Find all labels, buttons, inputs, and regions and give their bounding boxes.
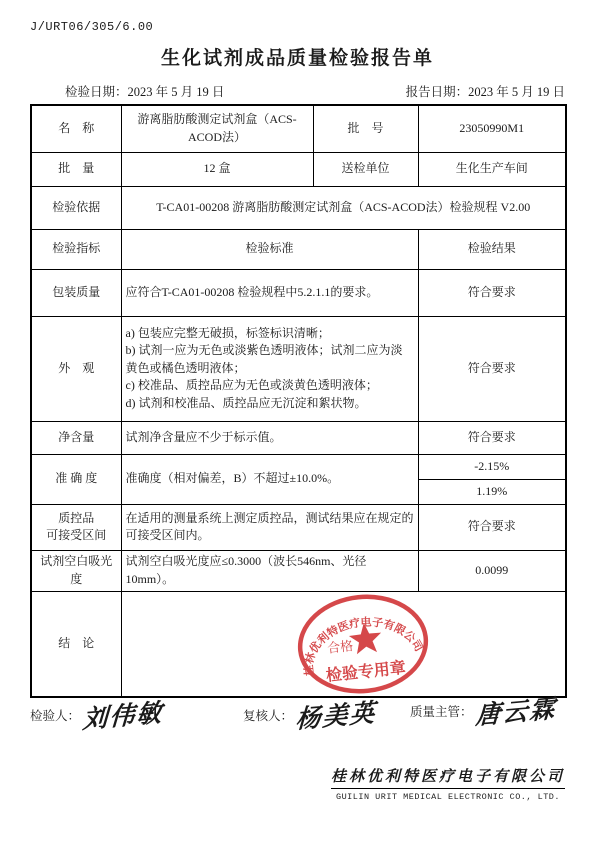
- basis-value: T-CA01-00208 游离脂肪酸测定试剂盒（ACS-ACOD法）检验规程 V…: [121, 186, 566, 229]
- page-title: 生化试剂成品质量检验报告单: [0, 43, 595, 70]
- approval-stamp-icon: 桂林优利特医疗电子有限公司 合格 检验专用章: [285, 591, 441, 697]
- submitting-unit-value: 生化生产车间: [418, 152, 566, 186]
- net-content-indicator: 净含量: [31, 421, 121, 454]
- reviewer-signature: 复核人：杨美英: [243, 706, 376, 733]
- company-footer: 桂林优利特医疗电子有限公司 GUILIN URIT MEDICAL ELECTR…: [331, 765, 565, 802]
- col-header-result: 检验结果: [418, 229, 566, 269]
- net-content-standard: 试剂净含量应不少于标示值。: [121, 421, 418, 454]
- document-code: J/URT06/305/6.00: [30, 20, 153, 34]
- inspector-signature: 检验人：刘伟敏: [30, 706, 163, 733]
- blank-absorbance-indicator: 试剂空白吸光度: [31, 550, 121, 591]
- inspection-date-label: 检验日期：: [65, 85, 128, 99]
- manager-signature-name: 唐云霖: [475, 697, 557, 729]
- blank-absorbance-standard: 试剂空白吸光度应≤0.3000（波长546nm、光径10mm）。: [121, 550, 418, 591]
- lot-value: 23050990M1: [418, 105, 566, 152]
- accuracy-result-2: 1.19%: [418, 479, 566, 504]
- signature-row: 检验人：刘伟敏 复核人：杨美英 质量主管：唐云霖: [0, 702, 595, 757]
- accuracy-indicator: 准 确 度: [31, 454, 121, 504]
- packaging-result: 符合要求: [418, 269, 566, 316]
- batch-value: 12 盒: [121, 152, 313, 186]
- packaging-indicator: 包装质量: [31, 269, 121, 316]
- table-row: 名 称 游离脂肪酸测定试剂盒（ACS-ACOD法） 批 号 23050990M1: [31, 105, 566, 152]
- basis-label: 检验依据: [31, 186, 121, 229]
- name-label: 名 称: [31, 105, 121, 152]
- qc-range-standard: 在适用的测量系统上测定质控品，测试结果应在规定的可接受区间内。: [121, 504, 418, 550]
- table-row: 检验依据 T-CA01-00208 游离脂肪酸测定试剂盒（ACS-ACOD法）检…: [31, 186, 566, 229]
- conclusion-row: 结 论 桂林优利特医疗电子有限公司 合格 检验专用章: [31, 591, 566, 697]
- table-row: 批 量 12 盒 送检单位 生化生产车间: [31, 152, 566, 186]
- date-line: 检验日期：2023 年 5 月 19 日 报告日期：2023 年 5 月 19 …: [65, 82, 565, 100]
- accuracy-standard: 准确度（相对偏差，B）不超过±10.0%。: [121, 454, 418, 504]
- manager-label: 质量主管：: [410, 705, 473, 719]
- table-row: 准 确 度 准确度（相对偏差，B）不超过±10.0%。 -2.15%: [31, 454, 566, 479]
- report-date: 报告日期：2023 年 5 月 19 日: [406, 82, 565, 100]
- submitting-unit-label: 送检单位: [313, 152, 418, 186]
- appearance-result: 符合要求: [418, 316, 566, 421]
- report-date-value: 2023 年 5 月 19 日: [468, 85, 565, 99]
- inspector-label: 检验人：: [30, 709, 80, 723]
- manager-signature: 质量主管：唐云霖: [410, 702, 556, 729]
- col-header-standard: 检验标准: [121, 229, 418, 269]
- qc-range-result: 符合要求: [418, 504, 566, 550]
- inspection-date: 检验日期：2023 年 5 月 19 日: [65, 82, 224, 100]
- name-value: 游离脂肪酸测定试剂盒（ACS-ACOD法）: [121, 105, 313, 152]
- inspection-date-value: 2023 年 5 月 19 日: [128, 85, 225, 99]
- conclusion-label: 结 论: [31, 591, 121, 697]
- inspector-signature-name: 刘伟敏: [82, 701, 164, 733]
- reviewer-label: 复核人：: [243, 709, 293, 723]
- batch-label: 批 量: [31, 152, 121, 186]
- table-row: 质控品 可接受区间 在适用的测量系统上测定质控品，测试结果应在规定的可接受区间内…: [31, 504, 566, 550]
- inspection-table: 名 称 游离脂肪酸测定试剂盒（ACS-ACOD法） 批 号 23050990M1…: [30, 104, 567, 698]
- net-content-result: 符合要求: [418, 421, 566, 454]
- stamp-seal-text: 检验专用章: [325, 657, 407, 684]
- table-row: 外 观 a) 包装应完整无破损，标签标识清晰； b) 试剂一应为无色或淡紫色透明…: [31, 316, 566, 421]
- stamp-area: 桂林优利特医疗电子有限公司 合格 检验专用章: [126, 594, 562, 694]
- lot-label: 批 号: [313, 105, 418, 152]
- qc-range-indicator: 质控品 可接受区间: [31, 504, 121, 550]
- table-row: 包装质量 应符合T-CA01-00208 检验规程中5.2.1.1的要求。 符合…: [31, 269, 566, 316]
- table-header-row: 检验指标 检验标准 检验结果: [31, 229, 566, 269]
- report-date-label: 报告日期：: [406, 85, 469, 99]
- accuracy-result-1: -2.15%: [418, 454, 566, 479]
- report-page: J/URT06/305/6.00 生化试剂成品质量检验报告单 检验日期：2023…: [0, 0, 595, 842]
- appearance-indicator: 外 观: [31, 316, 121, 421]
- footer-company-en: GUILIN URIT MEDICAL ELECTRONIC CO., LTD.: [331, 792, 565, 802]
- stamp-pass-text: 合格: [327, 638, 354, 656]
- reviewer-signature-name: 杨美英: [295, 701, 377, 733]
- blank-absorbance-result: 0.0099: [418, 550, 566, 591]
- conclusion-cell: 桂林优利特医疗电子有限公司 合格 检验专用章: [121, 591, 566, 697]
- col-header-indicator: 检验指标: [31, 229, 121, 269]
- table-row: 净含量 试剂净含量应不少于标示值。 符合要求: [31, 421, 566, 454]
- footer-company-cn: 桂林优利特医疗电子有限公司: [331, 765, 565, 789]
- packaging-standard: 应符合T-CA01-00208 检验规程中5.2.1.1的要求。: [121, 269, 418, 316]
- appearance-standard: a) 包装应完整无破损，标签标识清晰； b) 试剂一应为无色或淡紫色透明液体；试…: [121, 316, 418, 421]
- table-row: 试剂空白吸光度 试剂空白吸光度应≤0.3000（波长546nm、光径10mm）。…: [31, 550, 566, 591]
